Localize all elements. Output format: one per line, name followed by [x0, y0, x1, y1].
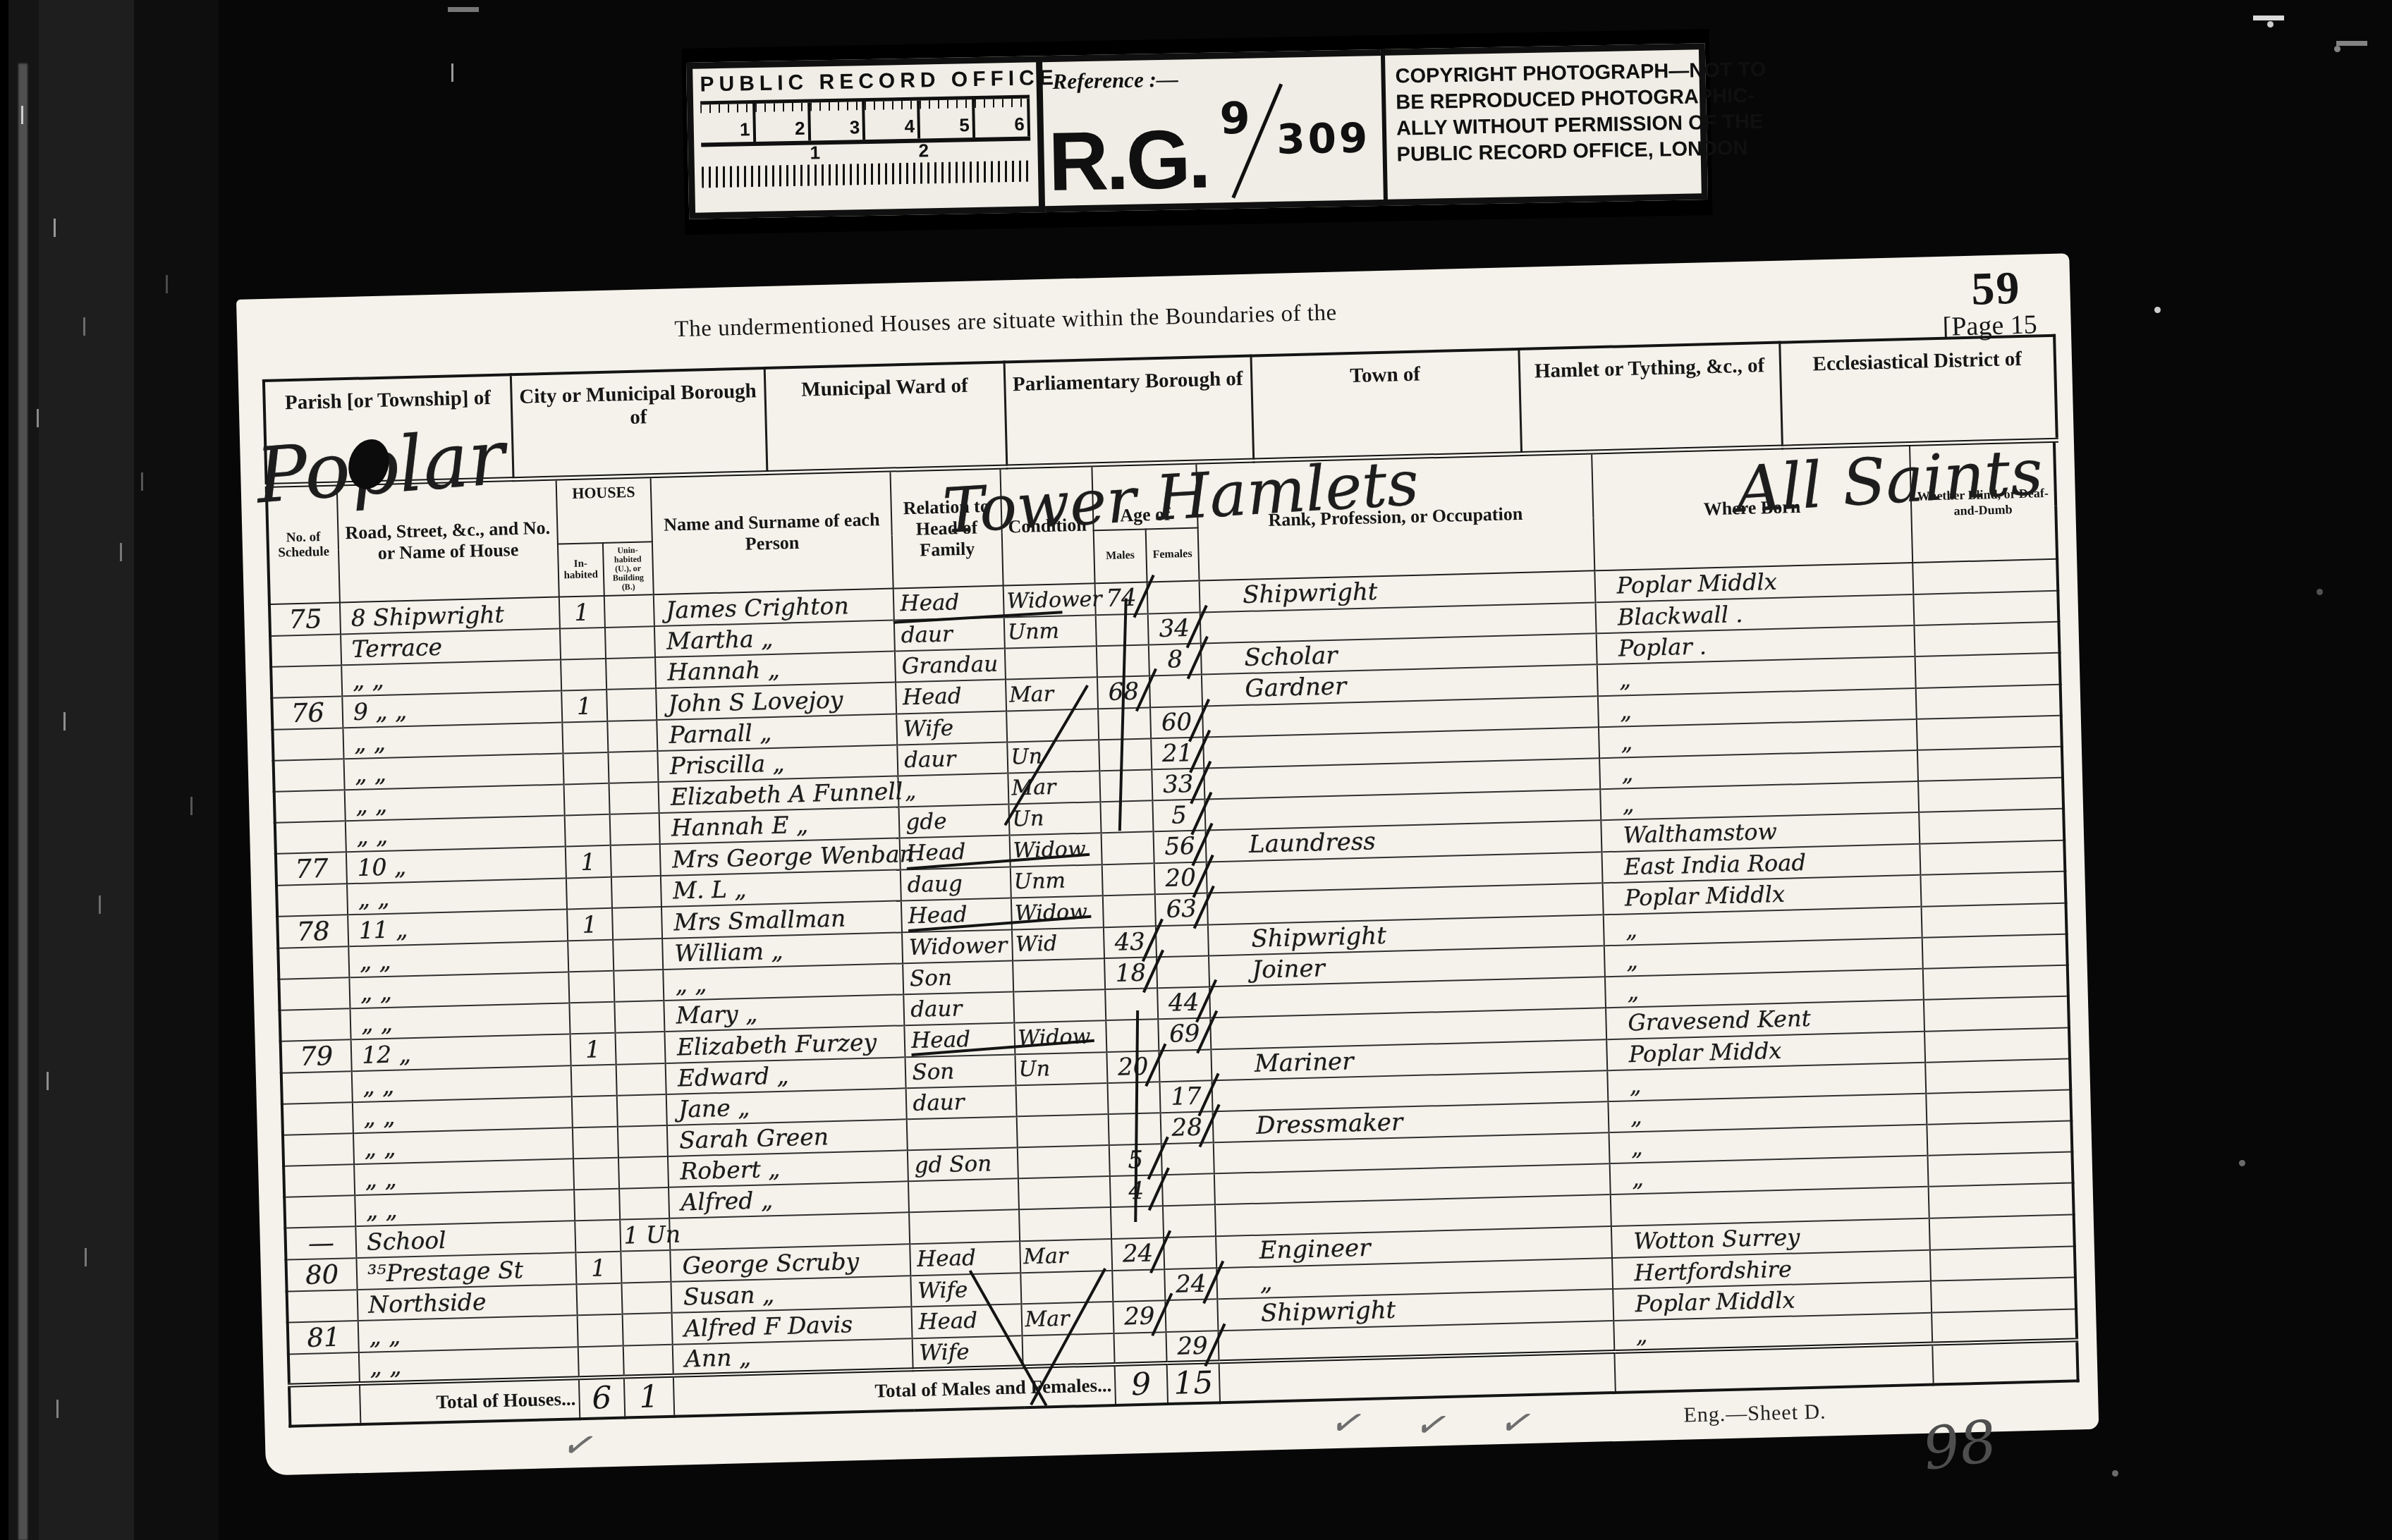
cell-inhabited	[575, 1219, 621, 1252]
reference-piece: 9	[1219, 92, 1251, 145]
cell-age-female	[1159, 1049, 1212, 1082]
cell-inhabited	[562, 721, 608, 753]
cell-uninhabited	[609, 813, 659, 845]
field-ecclesiastical-label: Ecclesiastical District of	[1779, 336, 2057, 447]
cell-inhabited	[573, 1157, 619, 1190]
cell-relation: daur	[898, 742, 1008, 776]
cell-condition	[1016, 1114, 1109, 1147]
cell-relation: gd Son	[908, 1147, 1018, 1181]
cell-condition: Un	[1008, 802, 1101, 835]
cell-condition	[1019, 1207, 1111, 1241]
cell-condition	[1004, 646, 1097, 679]
film-specks-right	[2154, 307, 2161, 313]
cell-age-male: 20	[1106, 1051, 1159, 1083]
cell-inhabited: 1	[567, 908, 613, 941]
cell-relation: daur	[904, 991, 1014, 1025]
cell-age-male	[1103, 894, 1156, 927]
cell-street: 10 „	[346, 846, 566, 884]
cell-age-male	[1099, 769, 1152, 802]
cell-inhabited	[571, 1095, 617, 1127]
cell-street: „ „	[350, 1003, 570, 1039]
cell-uninhabited	[618, 1125, 668, 1157]
ruler-scale-top: 1 2 3 4 5 6	[700, 95, 1030, 143]
cell-schedule	[278, 946, 349, 979]
cell-schedule	[284, 1195, 355, 1228]
cell-inhabited	[560, 627, 606, 659]
cell-uninhabited	[618, 1156, 669, 1188]
cell-street: 9 „ „	[342, 690, 562, 728]
reference-label: Reference :—	[1052, 63, 1381, 94]
col-uninhabited: Unin-habited (U.), or Building (B.)	[603, 542, 654, 596]
cell-inhabited: 1	[570, 1032, 616, 1065]
cell-age-female: 20	[1154, 862, 1207, 894]
cell-street: „ „	[352, 1065, 571, 1102]
cell-relation: daug	[901, 867, 1011, 900]
cell-age-female: 17	[1159, 1080, 1212, 1113]
pencil-folio: 98	[1919, 1407, 2001, 1484]
cell-relation: „	[898, 773, 1008, 807]
cell-relation: Wife	[911, 1273, 1021, 1307]
cell-blind	[1927, 1120, 2072, 1155]
cell-street: „ „	[348, 941, 568, 977]
cell-inhabited: 1	[575, 1251, 621, 1284]
cell-condition: Unm	[1003, 615, 1096, 648]
cell-relation	[908, 1178, 1018, 1212]
cell-schedule	[281, 1071, 353, 1104]
cell-schedule	[270, 634, 341, 667]
cell-street: „ „	[350, 972, 569, 1008]
stamp-copyright-box: COPYRIGHT PHOTOGRAPH—NOT TO BE REPRODUCE…	[1381, 43, 1708, 206]
cell-condition	[1015, 1083, 1108, 1116]
cell-age-male	[1105, 988, 1158, 1020]
total-females: 15	[1167, 1362, 1221, 1404]
cell-relation: daur	[906, 1085, 1016, 1119]
cell-street: 8 Shipwright	[340, 597, 560, 634]
cell-schedule: —	[285, 1226, 356, 1260]
cell-schedule	[280, 1008, 351, 1041]
cell-age-male	[1112, 1269, 1165, 1302]
cell-inhabited: 1	[565, 845, 611, 878]
cell-blind	[1916, 715, 2061, 750]
cell-schedule	[287, 1290, 358, 1323]
cell-inhabited	[568, 939, 614, 972]
cell-street: 12 „	[351, 1034, 571, 1071]
field-ward-label: Municipal Ward of	[764, 362, 1007, 472]
cell-schedule	[275, 821, 346, 854]
cell-blind	[1915, 684, 2061, 719]
cell-age-male	[1101, 831, 1154, 864]
cell-blind	[1921, 903, 2066, 937]
cell-uninhabited	[606, 688, 657, 721]
cell-age-female	[1164, 1236, 1216, 1269]
cell-inhabited	[569, 1001, 615, 1034]
cell-uninhabited: 1 Un	[620, 1218, 670, 1251]
cell-age-female: 29	[1166, 1331, 1219, 1363]
cell-uninhabited	[621, 1281, 671, 1314]
cell-relation	[907, 1116, 1017, 1150]
cell-uninhabited	[610, 844, 660, 877]
sheet-note: Eng.—Sheet D.	[1683, 1400, 1826, 1427]
cell-blind	[1929, 1214, 2074, 1249]
cell-age-male: 24	[1111, 1237, 1164, 1271]
cell-uninhabited	[609, 782, 659, 814]
cell-relation	[909, 1209, 1019, 1244]
cell-schedule	[271, 665, 342, 698]
cell-age-male: 74	[1094, 582, 1147, 615]
cell-age-female: 33	[1152, 768, 1204, 800]
cell-uninhabited	[623, 1344, 673, 1376]
cell-uninhabited	[614, 1000, 664, 1032]
cell-schedule	[279, 977, 350, 1010]
cell-schedule: 77	[276, 852, 347, 886]
cell-blind	[1932, 1309, 2077, 1343]
cell-street: School	[355, 1221, 575, 1258]
cell-age-female: 56	[1153, 830, 1206, 863]
cell-uninhabited	[619, 1187, 669, 1219]
cell-schedule	[274, 759, 345, 792]
ruler-scale-bottom: 1 2	[701, 137, 1031, 188]
cell-street: 11 „	[348, 909, 568, 946]
reference-series: R.G.	[1048, 111, 1209, 210]
cell-relation: Grandau	[895, 648, 1005, 682]
census-table: No. of Schedule Road, Street, &c., and N…	[265, 442, 2080, 1427]
cell-uninhabited	[613, 939, 663, 971]
cell-uninhabited	[621, 1249, 671, 1283]
stamp-office-title: PUBLIC RECORD OFFICE	[700, 67, 1030, 97]
cell-uninhabited	[614, 969, 664, 1001]
cell-condition: Wid	[1012, 927, 1104, 960]
cell-inhabited	[570, 1064, 616, 1096]
cell-condition: Mar	[1020, 1239, 1112, 1273]
cell-condition: Mar	[1021, 1301, 1113, 1335]
cell-inhabited	[574, 1188, 620, 1221]
cell-relation: Head	[896, 679, 1006, 714]
cell-schedule	[272, 728, 343, 761]
cell-street: Terrace	[341, 628, 560, 665]
cell-uninhabited	[608, 751, 658, 783]
film-dash-top	[2253, 16, 2284, 20]
cell-street: Northside	[358, 1284, 577, 1321]
cell-schedule	[288, 1352, 360, 1386]
cell-relation: Wife	[897, 711, 1007, 745]
cell-street: „ „	[344, 753, 563, 790]
field-city-label: City or Municipal Borough of	[511, 368, 767, 479]
film-scratch	[18, 63, 28, 1540]
cell-age-male	[1096, 613, 1149, 646]
field-hamlet-label: Hamlet or Tything, &c., of	[1518, 343, 1782, 453]
cell-inhabited	[566, 876, 612, 909]
cell-blind	[1915, 652, 2060, 687]
cell-condition: Widow	[1011, 896, 1103, 929]
cell-blind	[1927, 1151, 2073, 1186]
cell-age-male	[1113, 1332, 1166, 1364]
cell-schedule: 81	[288, 1321, 359, 1355]
film-specks	[21, 106, 23, 124]
cell-relation: Wife	[913, 1336, 1023, 1369]
cell-street: „ „	[353, 1096, 572, 1133]
census-sheet: The undermentioned Houses are situate wi…	[236, 253, 2099, 1475]
cell-relation: Head	[910, 1241, 1020, 1276]
cell-condition: Unm	[1010, 864, 1102, 898]
cell-blind	[1922, 934, 2067, 968]
cell-age-female: 34	[1148, 612, 1201, 644]
cell-street: „ „	[354, 1159, 573, 1195]
cell-age-male: 43	[1104, 926, 1157, 958]
pencil-check: ✓	[1494, 1400, 1540, 1446]
cell-blind	[1914, 621, 2059, 656]
cell-street: „ „	[345, 784, 564, 821]
cell-age-male	[1107, 1082, 1160, 1114]
cell-blind	[1924, 1027, 2070, 1062]
cell-blind	[1918, 777, 2063, 812]
pencil-check: ✓	[1410, 1402, 1456, 1448]
cell-blind	[1924, 996, 2069, 1031]
film-edge-left	[0, 0, 219, 1540]
cell-relation: Son	[903, 960, 1013, 994]
cell-uninhabited	[616, 1063, 666, 1095]
cell-condition	[1018, 1176, 1111, 1209]
cell-blind	[1931, 1277, 2076, 1312]
cell-relation: gde	[899, 804, 1009, 838]
cell-age-male	[1100, 800, 1153, 833]
cell-age-female	[1165, 1299, 1218, 1332]
cell-blind	[1920, 840, 2065, 874]
cell-blind	[1922, 965, 2068, 999]
cell-uninhabited	[612, 907, 662, 940]
cell-blind	[1926, 1089, 2071, 1124]
reference-item: 309	[1276, 114, 1371, 164]
cell-blind	[1913, 590, 2058, 625]
cell-condition: Un	[1015, 1052, 1107, 1085]
total-houses-inhabited: 6	[578, 1376, 625, 1419]
cell-uninhabited	[616, 1094, 666, 1126]
cell-schedule	[283, 1133, 354, 1166]
col-houses: HOUSES	[556, 478, 652, 544]
total-males: 9	[1114, 1363, 1168, 1405]
copyright-line: PUBLIC RECORD OFFICE, LONDON	[1396, 137, 1692, 169]
pro-reference-stamp: PUBLIC RECORD OFFICE 1 2 3 4 5 6 1 2 Ref…	[686, 43, 1708, 219]
cell-street: „ „	[359, 1347, 578, 1383]
cell-age-female	[1162, 1173, 1215, 1206]
cell-schedule: 79	[281, 1039, 352, 1073]
cell-blind	[1912, 558, 2058, 594]
cell-blind	[1917, 746, 2063, 781]
cell-condition	[1013, 989, 1106, 1022]
cell-relation: Son	[905, 1054, 1015, 1088]
cell-schedule	[282, 1102, 353, 1135]
cell-inhabited	[563, 752, 609, 784]
stamp-ruler-box: PUBLIC RECORD OFFICE 1 2 3 4 5 6 1 2	[686, 56, 1045, 219]
cell-uninhabited	[622, 1312, 672, 1345]
cell-condition	[1006, 709, 1099, 742]
cell-age-male: 18	[1104, 957, 1157, 989]
cell-age-female	[1147, 580, 1200, 613]
cell-condition: Widow	[1014, 1020, 1106, 1054]
cell-inhabited	[563, 783, 609, 815]
cell-uninhabited	[607, 720, 657, 752]
cell-street: „ „	[343, 722, 563, 759]
cell-blind	[1920, 871, 2065, 906]
cell-age-male: 29	[1113, 1300, 1166, 1333]
cell-uninhabited	[611, 876, 661, 908]
cell-age-male	[1102, 863, 1154, 896]
cell-street: „ „	[341, 659, 561, 696]
col-name: Name and Surname of each Person	[650, 472, 893, 594]
cell-uninhabited	[604, 594, 654, 628]
cell-blind	[1929, 1246, 2075, 1281]
cell-relation: Widower	[902, 929, 1012, 963]
cell-schedule: 76	[271, 696, 343, 730]
cell-inhabited	[577, 1314, 623, 1347]
cell-blind	[1919, 808, 2064, 843]
cell-age-female: 21	[1151, 737, 1204, 769]
pencil-check: ✓	[1325, 1400, 1371, 1446]
col-females: Females	[1146, 527, 1200, 582]
col-inhabited: In-habited	[558, 542, 604, 597]
total-houses-uninhabited: 1	[624, 1375, 675, 1417]
cell-blind	[1925, 1058, 2070, 1093]
cell-age-female: 60	[1150, 706, 1203, 738]
cell-schedule	[276, 884, 348, 917]
field-town-label: Town of	[1250, 349, 1521, 460]
total-houses-label: Total of Houses...	[360, 1378, 580, 1424]
cell-uninhabited	[615, 1031, 665, 1064]
cell-uninhabited	[605, 626, 655, 659]
cell-inhabited: 1	[559, 595, 604, 628]
cell-inhabited	[568, 970, 614, 1003]
cell-age-male	[1098, 707, 1151, 740]
cell-inhabited	[561, 658, 606, 690]
cell-street: „ „	[358, 1315, 578, 1352]
cell-age-female	[1149, 674, 1202, 707]
cell-age-male	[1099, 738, 1152, 771]
cell-age-female: 44	[1157, 986, 1210, 1019]
cell-schedule	[283, 1164, 355, 1197]
cell-schedule: 75	[269, 602, 341, 636]
cell-street: „ „	[353, 1127, 573, 1164]
folio-number: 59	[1970, 262, 2021, 317]
cell-condition: Widow	[1009, 833, 1102, 867]
cell-inhabited	[572, 1126, 618, 1159]
cell-age-female: 5	[1152, 799, 1205, 831]
cell-condition	[1017, 1145, 1109, 1178]
census-rows: 75 8 Shipwright 1 James Crighton Head Wi…	[269, 558, 2077, 1385]
cell-uninhabited	[606, 657, 656, 690]
cell-inhabited	[578, 1345, 623, 1378]
cell-inhabited	[564, 814, 610, 846]
cell-schedule: 80	[286, 1258, 357, 1292]
cell-inhabited	[576, 1283, 622, 1315]
cell-age-female	[1157, 955, 1209, 988]
cell-blind	[1928, 1182, 2073, 1218]
stamp-reference-box: Reference :— R.G. 9 309	[1042, 49, 1384, 212]
cell-schedule	[274, 790, 346, 823]
pencil-check: ✓	[557, 1423, 603, 1468]
cell-street: „ „	[355, 1190, 574, 1226]
cell-street: „ „	[347, 878, 566, 915]
cell-condition	[1013, 958, 1105, 991]
cell-street: „ „	[346, 815, 565, 852]
cell-street: ³⁵Prestage St	[357, 1252, 577, 1290]
cell-schedule: 78	[277, 915, 348, 948]
cell-inhabited: 1	[561, 689, 607, 722]
cell-age-male	[1106, 1019, 1159, 1052]
field-parl-borough-label: Parliamentary Borough of	[1004, 356, 1254, 467]
